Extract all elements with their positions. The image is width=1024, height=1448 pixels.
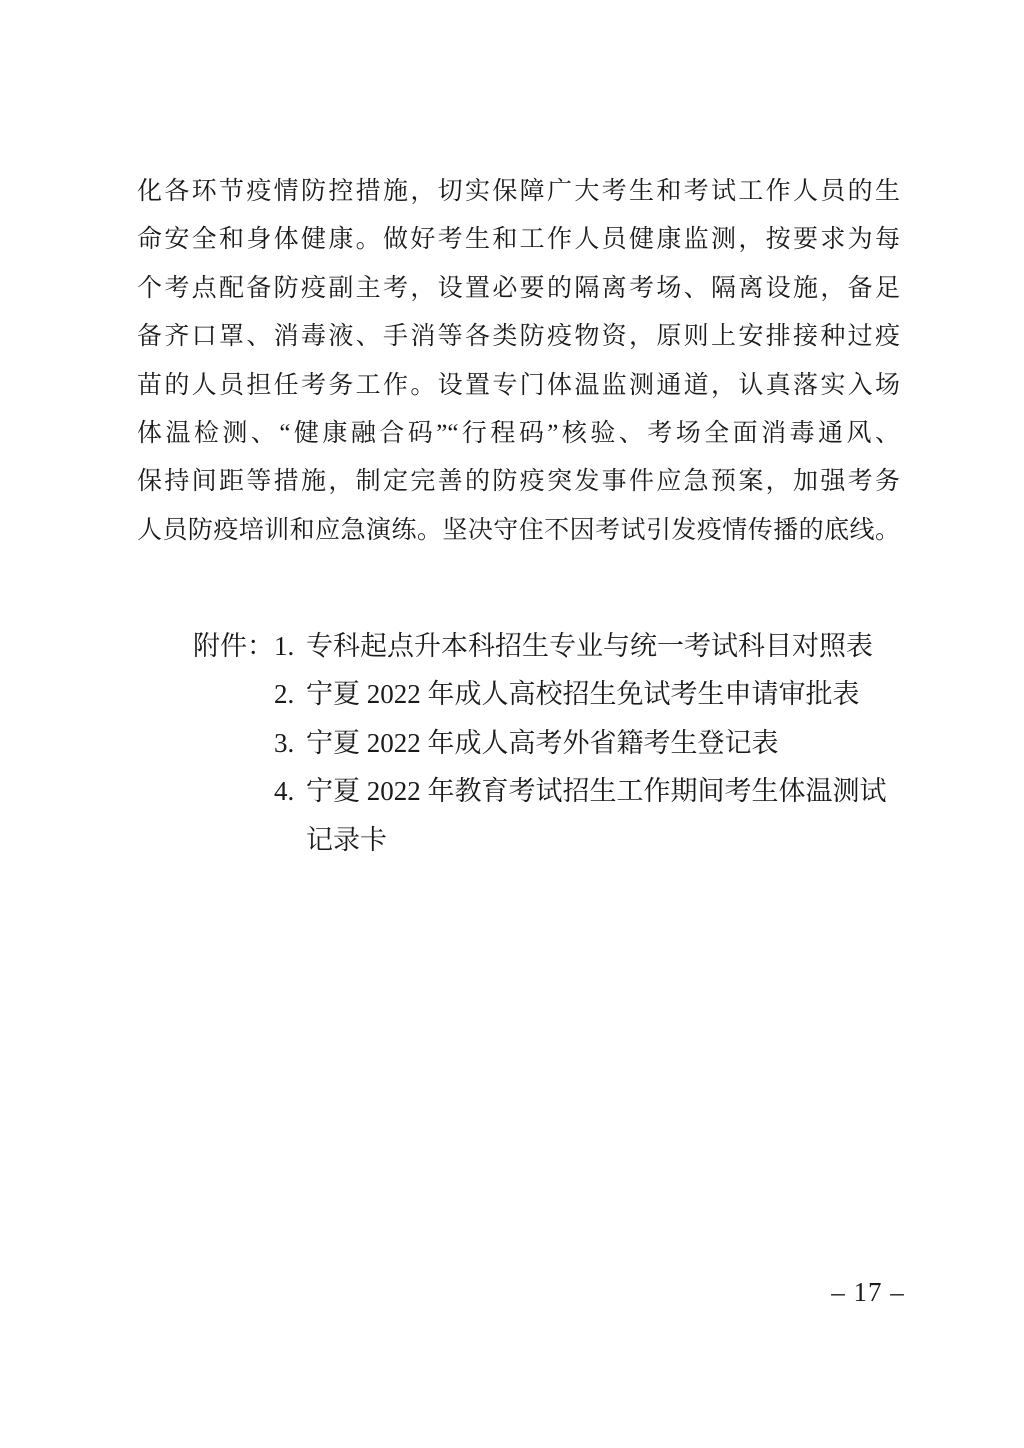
attachment-item-line: 专科起点升本科招生专业与统一考试科目对照表 (306, 622, 913, 670)
attachments-list: 1. 专科起点升本科招生专业与统一考试科目对照表 2. 宁夏 2022 年成人高… (274, 622, 913, 864)
document-page: 化各环节疫情防控措施，切实保障广大考生和考试工作人员的生命安全和身体健康。做好考… (0, 0, 1024, 1448)
paragraph-line: 体温检测、“健康融合码”“行程码”核验、考场全面消毒通风、 (137, 410, 900, 458)
paragraph-epidemic-measures: 化各环节疫情防控措施，切实保障广大考生和考试工作人员的生命安全和身体健康。做好考… (137, 168, 900, 555)
attachment-item-number: 3. (274, 719, 306, 767)
paragraph-line: 人员防疫培训和应急演练。坚决守住不因考试引发疫情传播的底线。 (137, 507, 900, 555)
attachments-section: 附件： 1. 专科起点升本科招生专业与统一考试科目对照表 2. 宁夏 2022 … (193, 622, 913, 864)
attachment-item: 3. 宁夏 2022 年成人高考外省籍考生登记表 (274, 719, 913, 767)
attachment-item: 1. 专科起点升本科招生专业与统一考试科目对照表 (274, 622, 913, 670)
paragraph-line: 个考点配备防疫副主考，设置必要的隔离考场、隔离设施，备足 (137, 265, 900, 313)
attachment-item-number: 2. (274, 670, 306, 718)
attachment-item-line: 宁夏 2022 年教育考试招生工作期间考生体温测试 (306, 767, 913, 815)
attachment-item: 2. 宁夏 2022 年成人高校招生免试考生申请审批表 (274, 670, 913, 718)
attachment-item-line: 宁夏 2022 年成人高考外省籍考生登记表 (306, 719, 913, 767)
paragraph-line: 苗的人员担任考务工作。设置专门体温监测通道，认真落实入场 (137, 362, 900, 410)
attachment-item-number: 4. (274, 767, 306, 815)
paragraph-line: 命安全和身体健康。做好考生和工作人员健康监测，按要求为每 (137, 216, 900, 264)
attachment-item-line: 宁夏 2022 年成人高校招生免试考生申请审批表 (306, 670, 913, 718)
attachment-item-text: 宁夏 2022 年教育考试招生工作期间考生体温测试记录卡 (306, 767, 913, 864)
attachment-item: 4. 宁夏 2022 年教育考试招生工作期间考生体温测试记录卡 (274, 767, 913, 864)
attachment-item-text: 宁夏 2022 年成人高考外省籍考生登记表 (306, 719, 913, 767)
attachment-item-text: 宁夏 2022 年成人高校招生免试考生申请审批表 (306, 670, 913, 718)
attachments-label: 附件： (193, 622, 274, 670)
attachment-item-text: 专科起点升本科招生专业与统一考试科目对照表 (306, 622, 913, 670)
paragraph-line: 保持间距等措施，制定完善的防疫突发事件应急预案，加强考务 (137, 458, 900, 506)
page-number: – 17 – (818, 1272, 918, 1312)
paragraph-line: 化各环节疫情防控措施，切实保障广大考生和考试工作人员的生 (137, 168, 900, 216)
paragraph-line: 备齐口罩、消毒液、手消等各类防疫物资，原则上安排接种过疫 (137, 313, 900, 361)
attachment-item-line: 记录卡 (306, 816, 913, 864)
attachment-item-number: 1. (274, 622, 306, 670)
